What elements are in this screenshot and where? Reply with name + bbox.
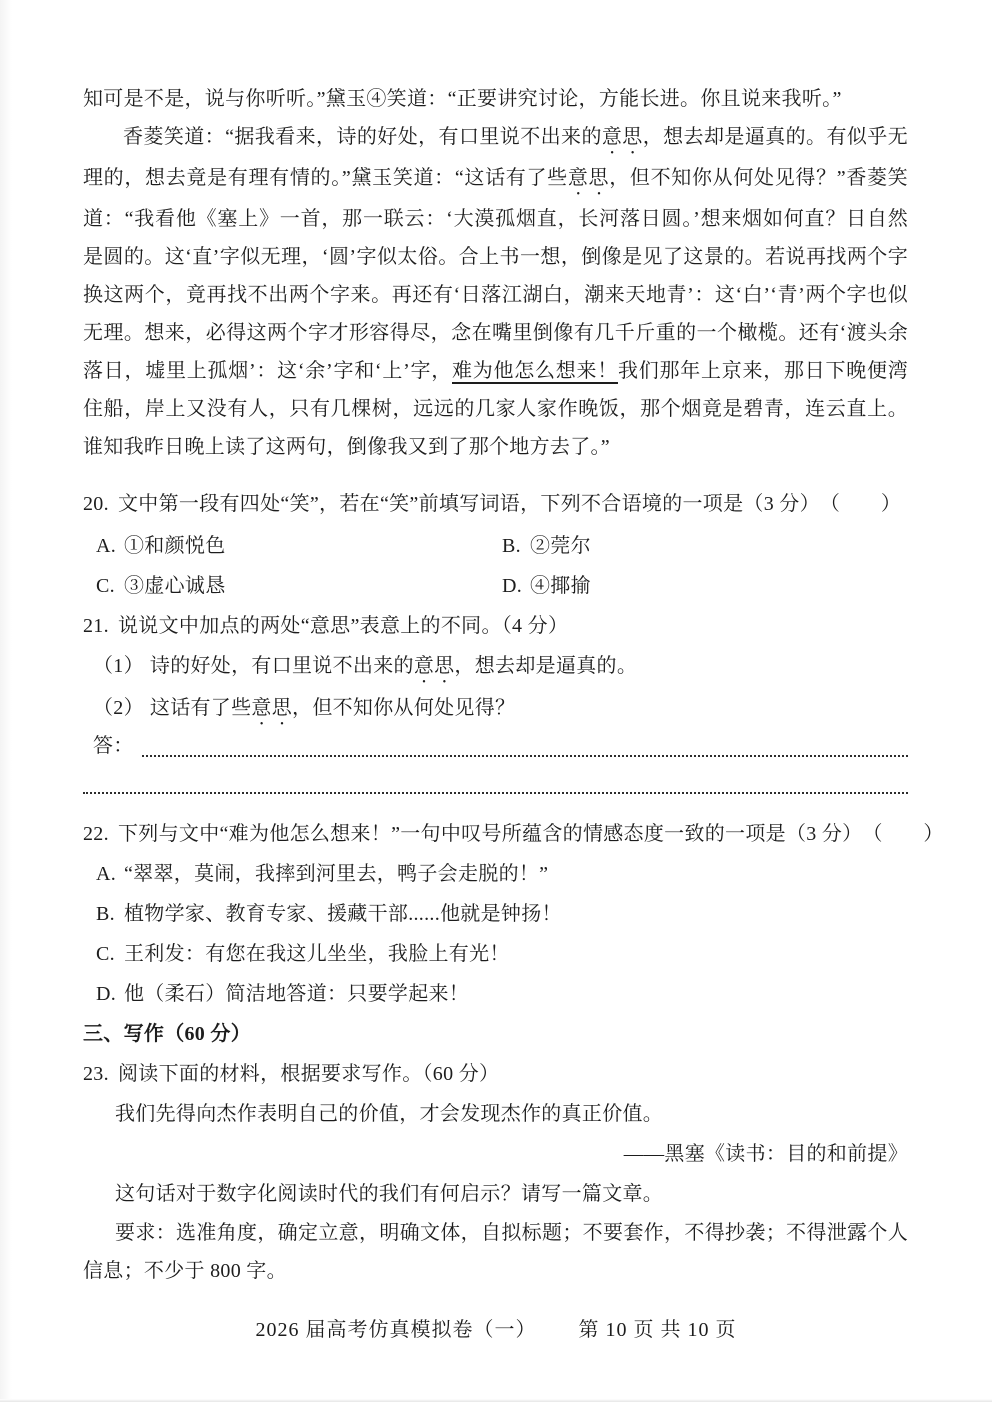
- question-22-text: 下列与文中“难为他怎么想来！”一句中叹号所蕴含的情感态度一致的一项是（3 分）: [118, 814, 862, 854]
- option-text: ④揶揄: [530, 575, 591, 597]
- option-text: 他（柔石）简洁地答道：只要学起来！: [124, 983, 469, 1005]
- page-footer: 2026 届高考仿真模拟卷（一）第 10 页 共 10 页: [0, 1313, 992, 1342]
- question-20-stem: 20. 文中第一段有四处“笑”，若在“笑”前填写词语，下列不合语境的一项是（3 …: [83, 484, 908, 524]
- passage-paragraph-1: 知可是不是，说与你听听。”黛玉④笑道：“正要讲究讨论，方能长进。你且说来我听。”: [83, 80, 908, 118]
- footer-page-info: 第 10 页 共 10 页: [579, 1319, 737, 1341]
- footer-exam-title: 2026 届高考仿真模拟卷（一）: [256, 1319, 537, 1341]
- emphasis-dots-yisi-4: 意思: [251, 697, 292, 719]
- question-21-item-1: （1）诗的好处，有口里说不出来的意思，想去却是逼真的。: [83, 646, 908, 688]
- question-23-stem: 23. 阅读下面的材料，根据要求写作。（60 分）: [83, 1054, 908, 1094]
- emphasis-dots-yisi-2: 意思: [568, 167, 609, 189]
- page-content: 知可是不是，说与你听听。”黛玉④笑道：“正要讲究讨论，方能长进。你且说来我听。”…: [0, 0, 992, 1290]
- question-22-answer-blank: （ ）: [862, 814, 951, 854]
- option-text: 植物学家、教育专家、援藏干部......他就是钟扬！: [124, 903, 562, 925]
- question-20-answer-blank: （ ）: [820, 484, 909, 524]
- option-22-b: B.植物学家、教育专家、援藏干部......他就是钟扬！: [96, 894, 908, 934]
- underlined-phrase: 难为他怎么想来！: [452, 360, 618, 382]
- sub-item-number: （1）: [93, 646, 144, 686]
- option-text: ①和颜悦色: [124, 535, 226, 557]
- sub-item-text: 这话有了些: [150, 697, 252, 719]
- sub-item-number: （2）: [93, 688, 144, 728]
- question-21-item-2: （2）这话有了些意思，但不知你从何处见得？: [83, 688, 908, 730]
- option-text: ②莞尔: [530, 535, 591, 557]
- question-20-options: A.①和颜悦色 B.②莞尔 C.③虚心诚恳 D.④揶揄: [83, 526, 908, 606]
- option-22-c: C.王利发：有您在我这儿坐坐，我脸上有光！: [96, 934, 908, 974]
- option-label: D.: [502, 566, 530, 606]
- option-label: B.: [502, 526, 530, 566]
- question-21-text: 说说文中加点的两处“意思”表意上的不同。（4 分）: [118, 606, 568, 646]
- question-20-text: 文中第一段有四处“笑”，若在“笑”前填写词语，下列不合语境的一项是（3 分）: [118, 484, 820, 524]
- option-20-b: B.②莞尔: [502, 526, 908, 566]
- passage-paragraph-2: 香菱笑道：“据我看来，诗的好处，有口里说不出来的意思，想去却是逼真的。有似乎无理…: [83, 118, 908, 466]
- sub-item-text: ，想去却是逼真的。: [454, 655, 637, 677]
- answer-dotted-line-1: [142, 755, 908, 757]
- exam-page: 知可是不是，说与你听听。”黛玉④笑道：“正要讲究讨论，方能长进。你且说来我听。”…: [0, 0, 992, 1402]
- option-20-d: D.④揶揄: [502, 566, 908, 606]
- question-20-number: 20.: [83, 484, 118, 524]
- option-20-a: A.①和颜悦色: [96, 526, 502, 566]
- question-22-stem: 22. 下列与文中“难为他怎么想来！”一句中叹号所蕴含的情感态度一致的一项是（3…: [83, 814, 908, 854]
- option-20-c: C.③虚心诚恳: [96, 566, 502, 606]
- option-label: B.: [96, 894, 124, 934]
- emphasis-dots-yisi-3: 意思: [414, 655, 455, 677]
- question-22-number: 22.: [83, 814, 118, 854]
- question-23-prompt: 这句话对于数字化阅读时代的我们有何启示？请写一篇文章。: [83, 1174, 908, 1214]
- option-label: C.: [96, 566, 124, 606]
- answer-label: 答：: [93, 730, 134, 762]
- question-23-requirements: 要求：选准角度，确定立意，明确文体，自拟标题；不要套作，不得抄袭；不得泄露个人信…: [83, 1214, 908, 1290]
- section-3-writing-title: 三、写作（60 分）: [83, 1014, 908, 1054]
- question-23-material-quote: 我们先得向杰作表明自己的价值，才会发现杰作的真正价值。: [83, 1094, 908, 1134]
- option-text: 王利发：有您在我这儿坐坐，我脸上有光！: [124, 943, 510, 965]
- question-21-answer-row: 答：: [83, 730, 908, 762]
- passage-text: 香菱笑道：“据我看来，诗的好处，有口里说不出来的: [123, 126, 602, 148]
- answer-dotted-line-2: [83, 792, 908, 794]
- option-22-d: D.他（柔石）简洁地答道：只要学起来！: [96, 974, 908, 1014]
- option-22-a: A.“翠翠，莫闹，我摔到河里去，鸭子会走脱的！”: [96, 854, 908, 894]
- emphasis-dots-yisi-1: 意思: [602, 126, 643, 148]
- sub-item-text: ，但不知你从何处见得？: [292, 697, 515, 719]
- passage-text: ，但不知你从何处见得？”香菱笑道：“我看他《塞上》一首，那一联云：‘大漠孤烟直，…: [83, 167, 908, 382]
- sub-item-text: 诗的好处，有口里说不出来的: [150, 655, 414, 677]
- option-label: A.: [96, 526, 124, 566]
- option-text: “翠翠，莫闹，我摔到河里去，鸭子会走脱的！”: [124, 863, 548, 885]
- option-label: A.: [96, 854, 124, 894]
- option-label: D.: [96, 974, 124, 1014]
- question-23-number: 23.: [83, 1054, 118, 1094]
- question-21-number: 21.: [83, 606, 118, 646]
- question-23-attribution: ——黑塞《读书：目的和前提》: [83, 1134, 908, 1174]
- question-22-options: A.“翠翠，莫闹，我摔到河里去，鸭子会走脱的！” B.植物学家、教育专家、援藏干…: [83, 854, 908, 1014]
- question-23-text: 阅读下面的材料，根据要求写作。（60 分）: [118, 1054, 499, 1094]
- question-21-stem: 21. 说说文中加点的两处“意思”表意上的不同。（4 分）: [83, 606, 908, 646]
- option-text: ③虚心诚恳: [124, 575, 226, 597]
- option-label: C.: [96, 934, 124, 974]
